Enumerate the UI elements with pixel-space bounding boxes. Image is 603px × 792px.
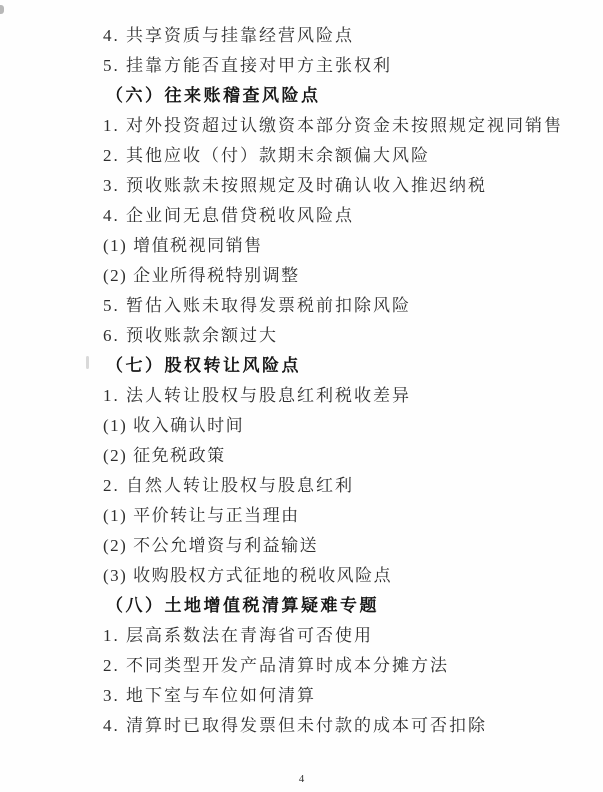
- document-line: 4. 共享资质与挂靠经营风险点: [103, 21, 563, 51]
- content-lines: 4. 共享资质与挂靠经营风险点5. 挂靠方能否直接对甲方主张权利（六）往来账稽查…: [0, 21, 603, 741]
- document-line: 6. 预收账款余额过大: [103, 321, 563, 351]
- document-page: 4. 共享资质与挂靠经营风险点5. 挂靠方能否直接对甲方主张权利（六）往来账稽查…: [0, 0, 603, 792]
- section-heading: （七）股权转让风险点: [103, 351, 563, 381]
- document-line: (3) 收购股权方式征地的税收风险点: [103, 561, 563, 591]
- document-line: 2. 其他应收（付）款期末余额偏大风险: [103, 141, 563, 171]
- document-line: (1) 收入确认时间: [103, 411, 563, 441]
- section-heading: （六）往来账稽查风险点: [103, 81, 563, 111]
- section-heading: （八）土地增值税清算疑难专题: [103, 591, 563, 621]
- document-line: 1. 层高系数法在青海省可否使用: [103, 621, 563, 651]
- document-line: 4. 企业间无息借贷税收风险点: [103, 201, 563, 231]
- document-line: 2. 自然人转让股权与股息红利: [103, 471, 563, 501]
- document-line: 3. 地下室与车位如何清算: [103, 681, 563, 711]
- document-line: (2) 企业所得税特别调整: [103, 261, 563, 291]
- document-line: 2. 不同类型开发产品清算时成本分摊方法: [103, 651, 563, 681]
- document-line: 1. 法人转让股权与股息红利税收差异: [103, 381, 563, 411]
- document-line: 1. 对外投资超过认缴资本部分资金未按照规定视同销售: [103, 111, 563, 141]
- document-line: (2) 不公允增资与利益输送: [103, 531, 563, 561]
- document-line: (2) 征免税政策: [103, 441, 563, 471]
- page-number: 4: [0, 773, 603, 785]
- document-line: 3. 预收账款未按照规定及时确认收入推迟纳税: [103, 171, 563, 201]
- document-line: (1) 平价转让与正当理由: [103, 501, 563, 531]
- document-line: (1) 增值税视同销售: [103, 231, 563, 261]
- document-line: 5. 暂估入账未取得发票税前扣除风险: [103, 291, 563, 321]
- document-line: 4. 清算时已取得发票但未付款的成本可否扣除: [103, 711, 563, 741]
- document-line: 5. 挂靠方能否直接对甲方主张权利: [103, 51, 563, 81]
- scan-artifact-speck: [0, 5, 4, 14]
